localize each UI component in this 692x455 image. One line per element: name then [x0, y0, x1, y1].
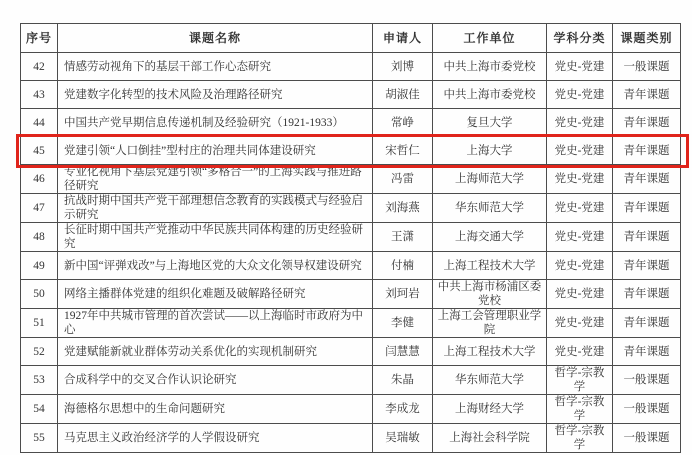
cell-discipline: 党史-党建: [547, 280, 613, 309]
cell-discipline: 党史-党建: [547, 223, 613, 252]
cell-category: 青年课题: [613, 223, 681, 252]
cell-unit: 上海师范大学: [433, 165, 547, 194]
cell-title: 长征时期中国共产党推动中华民族共同体构建的历史经验研究: [58, 223, 373, 252]
cell-category: 一般课题: [613, 395, 681, 424]
cell-category: 青年课题: [613, 165, 681, 194]
cell-category: 青年课题: [613, 252, 681, 280]
table-row: 511927年中共城市管理的首次尝试——以上海临时市政府为中心李健上海工会管理职…: [21, 309, 681, 338]
table-row: 49新中国“评弹戏改”与上海地区党的大众文化领导权建设研究付楠上海工程技术大学党…: [21, 252, 681, 280]
cell-no: 48: [21, 223, 58, 252]
cell-title: 情感劳动视角下的基层干部工作心态研究: [58, 53, 373, 81]
cell-unit: 中共上海市杨浦区委党校: [433, 280, 547, 309]
cell-no: 49: [21, 252, 58, 280]
table-row: 55马克思主义政治经济学的人学假设研究吴瑞敏上海社会科学院哲学-宗教学一般课题: [21, 424, 681, 453]
cell-no: 45: [21, 137, 58, 165]
table-row: 47抗战时期中国共产党干部理想信念教育的实践模式与经验启示研究刘海燕华东师范大学…: [21, 194, 681, 223]
cell-no: 51: [21, 309, 58, 338]
cell-title: 海德格尔思想中的生命问题研究: [58, 395, 373, 424]
cell-category: 青年课题: [613, 280, 681, 309]
cell-applicant: 刘海燕: [373, 194, 433, 223]
cell-no: 46: [21, 165, 58, 194]
cell-unit: 复旦大学: [433, 109, 547, 137]
cell-title: 党建引领“人口倒挂”型村庄的治理共同体建设研究: [58, 137, 373, 165]
cell-applicant: 闫慧慧: [373, 338, 433, 366]
cell-discipline: 党史-党建: [547, 165, 613, 194]
cell-title: 新中国“评弹戏改”与上海地区党的大众文化领导权建设研究: [58, 252, 373, 280]
cell-no: 44: [21, 109, 58, 137]
cell-unit: 上海财经大学: [433, 395, 547, 424]
cell-unit: 中共上海市委党校: [433, 53, 547, 81]
cell-category: 青年课题: [613, 81, 681, 109]
column-header: 工作单位: [433, 24, 547, 53]
cell-category: 一般课题: [613, 424, 681, 453]
cell-applicant: 付楠: [373, 252, 433, 280]
cell-no: 50: [21, 280, 58, 309]
cell-applicant: 刘博: [373, 53, 433, 81]
column-header: 课题名称: [58, 24, 373, 53]
column-header: 课题类别: [613, 24, 681, 53]
cell-applicant: 冯雷: [373, 165, 433, 194]
cell-applicant: 刘珂岩: [373, 280, 433, 309]
cell-no: 55: [21, 424, 58, 453]
table-row: 54海德格尔思想中的生命问题研究李成龙上海财经大学哲学-宗教学一般课题: [21, 395, 681, 424]
cell-title: 合成科学中的交叉合作认识论研究: [58, 366, 373, 395]
cell-discipline: 党史-党建: [547, 137, 613, 165]
cell-discipline: 党史-党建: [547, 194, 613, 223]
column-header: 序号: [21, 24, 58, 53]
cell-no: 42: [21, 53, 58, 81]
cell-unit: 上海交通大学: [433, 223, 547, 252]
cell-category: 青年课题: [613, 309, 681, 338]
cell-applicant: 李成龙: [373, 395, 433, 424]
cell-title: 1927年中共城市管理的首次尝试——以上海临时市政府为中心: [58, 309, 373, 338]
cell-discipline: 党史-党建: [547, 309, 613, 338]
cell-category: 青年课题: [613, 109, 681, 137]
cell-title: 党建赋能新就业群体劳动关系优化的实现机制研究: [58, 338, 373, 366]
cell-unit: 华东师范大学: [433, 194, 547, 223]
cell-applicant: 吴瑞敏: [373, 424, 433, 453]
column-header: 申请人: [373, 24, 433, 53]
table-row: 53合成科学中的交叉合作认识论研究朱晶华东师范大学哲学-宗教学一般课题: [21, 366, 681, 395]
cell-title: 马克思主义政治经济学的人学假设研究: [58, 424, 373, 453]
cell-title: 专业化视角下基层党建引领“多格合一”的上海实践与推进路径研究: [58, 165, 373, 194]
cell-discipline: 党史-党建: [547, 81, 613, 109]
cell-discipline: 哲学-宗教学: [547, 395, 613, 424]
table-row: 43党建数字化转型的技术风险及治理路径研究胡淑佳中共上海市委党校党史-党建青年课…: [21, 81, 681, 109]
cell-discipline: 党史-党建: [547, 109, 613, 137]
cell-discipline: 党史-党建: [547, 53, 613, 81]
cell-unit: 上海工程技术大学: [433, 338, 547, 366]
cell-title: 网络主播群体党建的组织化难题及破解路径研究: [58, 280, 373, 309]
cell-no: 54: [21, 395, 58, 424]
cell-category: 青年课题: [613, 338, 681, 366]
cell-discipline: 哲学-宗教学: [547, 366, 613, 395]
table-row: 44中国共产党早期信息传递机制及经验研究（1921-1933）常峥复旦大学党史-…: [21, 109, 681, 137]
table-header-row: 序号课题名称申请人工作单位学科分类课题类别: [21, 24, 681, 53]
cell-discipline: 党史-党建: [547, 338, 613, 366]
cell-unit: 上海社会科学院: [433, 424, 547, 453]
cell-no: 52: [21, 338, 58, 366]
cell-no: 53: [21, 366, 58, 395]
cell-unit: 上海工会管理职业学院: [433, 309, 547, 338]
table-row: 48长征时期中国共产党推动中华民族共同体构建的历史经验研究王潇上海交通大学党史-…: [21, 223, 681, 252]
table-row: 52党建赋能新就业群体劳动关系优化的实现机制研究闫慧慧上海工程技术大学党史-党建…: [21, 338, 681, 366]
cell-title: 中国共产党早期信息传递机制及经验研究（1921-1933）: [58, 109, 373, 137]
cell-no: 47: [21, 194, 58, 223]
topics-table: 序号课题名称申请人工作单位学科分类课题类别 42情感劳动视角下的基层干部工作心态…: [20, 23, 681, 453]
cell-unit: 中共上海市委党校: [433, 81, 547, 109]
cell-applicant: 常峥: [373, 109, 433, 137]
cell-applicant: 李健: [373, 309, 433, 338]
cell-unit: 上海大学: [433, 137, 547, 165]
cell-title: 抗战时期中国共产党干部理想信念教育的实践模式与经验启示研究: [58, 194, 373, 223]
column-header: 学科分类: [547, 24, 613, 53]
cell-no: 43: [21, 81, 58, 109]
cell-category: 一般课题: [613, 53, 681, 81]
cell-unit: 华东师范大学: [433, 366, 547, 395]
cell-applicant: 宋哲仁: [373, 137, 433, 165]
cell-applicant: 王潇: [373, 223, 433, 252]
cell-discipline: 党史-党建: [547, 252, 613, 280]
cell-category: 青年课题: [613, 137, 681, 165]
table-row: 50网络主播群体党建的组织化难题及破解路径研究刘珂岩中共上海市杨浦区委党校党史-…: [21, 280, 681, 309]
cell-category: 青年课题: [613, 194, 681, 223]
cell-unit: 上海工程技术大学: [433, 252, 547, 280]
cell-discipline: 哲学-宗教学: [547, 424, 613, 453]
table-row: 46专业化视角下基层党建引领“多格合一”的上海实践与推进路径研究冯雷上海师范大学…: [21, 165, 681, 194]
table-row: 45党建引领“人口倒挂”型村庄的治理共同体建设研究宋哲仁上海大学党史-党建青年课…: [21, 137, 681, 165]
cell-title: 党建数字化转型的技术风险及治理路径研究: [58, 81, 373, 109]
document-page: 序号课题名称申请人工作单位学科分类课题类别 42情感劳动视角下的基层干部工作心态…: [0, 0, 692, 455]
cell-applicant: 胡淑佳: [373, 81, 433, 109]
cell-category: 一般课题: [613, 366, 681, 395]
cell-applicant: 朱晶: [373, 366, 433, 395]
table-row: 42情感劳动视角下的基层干部工作心态研究刘博中共上海市委党校党史-党建一般课题: [21, 53, 681, 81]
